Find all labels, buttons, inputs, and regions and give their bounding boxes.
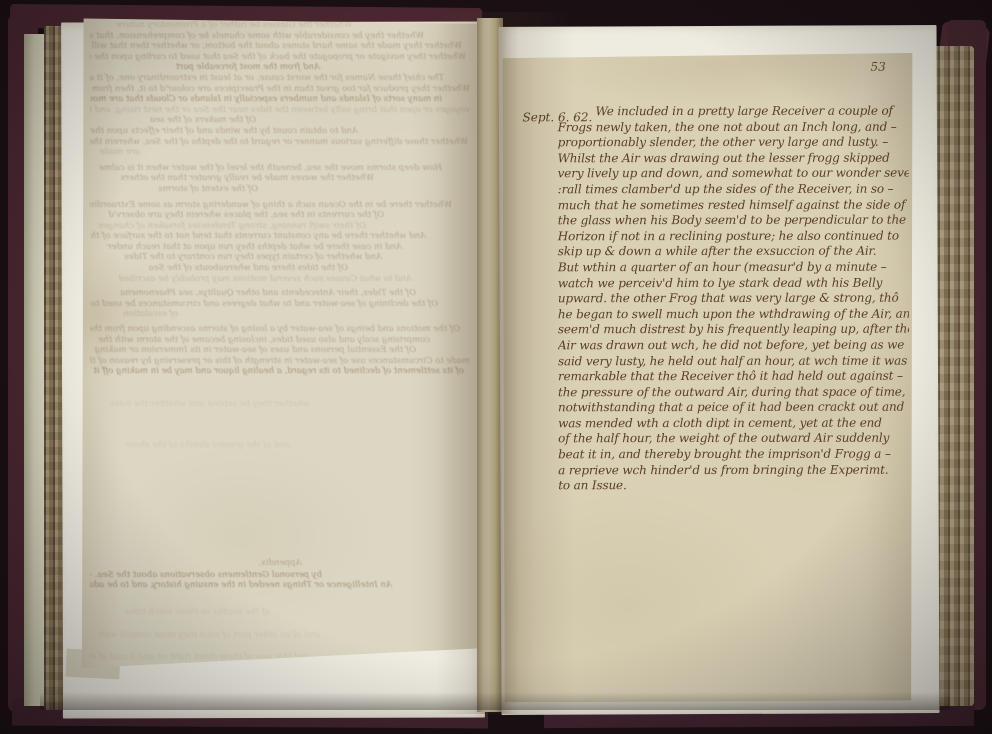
manuscript-line: he began to swell much upon the wthdrawi… (558, 306, 909, 322)
manuscript-line: Frogs newly taken, the one not about an … (558, 119, 909, 135)
bleed-line: Whether they be considerable with some c… (90, 31, 424, 42)
bleed-line: Appendix. (90, 558, 470, 569)
left-page-edge-strip (24, 34, 46, 706)
bleed-line: And whether there be any constant curren… (90, 231, 426, 242)
bleed-line: voyages or open that bring salty between… (90, 105, 470, 116)
manuscript-line: remarkable that the Receiver thô it had … (558, 369, 909, 385)
manuscript-line: seem'd much distrest by his frequently l… (558, 322, 909, 338)
bleed-line: How deep storms move the sea, beneath th… (90, 163, 442, 174)
bleed-line: Whether those differing various manner o… (90, 137, 468, 148)
manuscript-line: But wthin a quarter of an hour (measur'd… (558, 260, 909, 276)
manuscript-line: to an Issue. (558, 478, 909, 494)
manuscript-line: the glass when his Body seem'd to be per… (558, 213, 909, 229)
bleed-line: And whether of certain types they run co… (90, 252, 382, 263)
manuscript-line: proportionably slender, the other very l… (558, 135, 909, 151)
bleed-line: and of the greater depths of the shore (90, 440, 290, 451)
bleed-line: Whether the waves made be really greater… (90, 173, 374, 184)
bleed-line: And to what Causes such several motions … (90, 274, 412, 285)
bleed-line: Whether they produce far too great than … (90, 84, 470, 95)
folio-number: 53 (870, 60, 885, 74)
bleed-line: The chief these Names for the worst caus… (90, 73, 444, 84)
manuscript-line: We included in a pretty large Receiver a… (558, 104, 909, 120)
manuscript-line: :rall times clamber'd up the sides of th… (558, 182, 909, 198)
bleed-line: Of the tides there and whereabouts of th… (90, 263, 348, 274)
manuscript-line: Horizon if not in a reclining posture; h… (558, 228, 909, 244)
manuscript-line: skip up & down a while after the exsucci… (558, 244, 909, 260)
bleed-line: Of the currents in the sea, the places w… (90, 210, 384, 221)
bleed-line: comprising scaly and also used tides, in… (90, 335, 430, 346)
bleed-line: Whether there be in the Ocean such a thi… (90, 200, 452, 211)
bleed-line: of the depths so those much tides (90, 607, 270, 618)
bleed-line: whether they be settled and whether the … (90, 399, 310, 410)
bleed-line: Whether the Glasses be rather of a Promo… (90, 20, 352, 31)
bleed-line: of its settlement of declined to its reg… (90, 366, 464, 377)
manuscript-line: was mended wth a cloth dipt in cement, y… (558, 416, 909, 432)
bleed-line: in many sorts of Islands and numbers esp… (90, 94, 442, 105)
manuscript-line: the pressure of the outward Air, during … (558, 384, 909, 400)
manuscript-line: notwithstanding that a peice of it had b… (558, 400, 909, 416)
manuscript-line: watch we perceiv'd him to lye stark dead… (558, 275, 909, 291)
bleed-line: Of the extent of storms (90, 184, 258, 195)
left-manuscript-page: Whether the Glasses be rather of a Promo… (82, 12, 482, 668)
bleed-line: by personal Gentlemens observations abou… (90, 570, 322, 581)
right-manuscript-page: 53 Sept. 6. 62. We included in a pretty … (502, 52, 913, 703)
bleed-line: Whether they made the same hard stones a… (90, 41, 462, 52)
bleed-line: Of the makers of the sea (90, 115, 256, 126)
manuscript-book-photograph: Whether the Glasses be rather of a Promo… (0, 0, 992, 734)
manuscript-line: Whilst the Air was drawing out the lesse… (558, 150, 909, 166)
manuscript-line: of the half hour, the weight of the outw… (558, 431, 909, 447)
manuscript-line: much that he sometimes rested himself ag… (558, 197, 909, 213)
bleed-line: Of the declining of sea-water and to wha… (90, 299, 438, 310)
manuscript-line: beat it in, and thereby brought the impr… (558, 447, 909, 463)
bleed-line: are made (90, 147, 140, 158)
bleed-line: of escalation (90, 309, 178, 320)
manuscript-line: very lively up and down, and somewhat to… (558, 166, 909, 182)
manuscript-line: a reprieve wch hinder'd us from bringing… (558, 462, 909, 478)
bleed-line: An Intelligence or Things needed in the … (90, 580, 392, 591)
manuscript-line: Air was drawn out wch, he did not before… (558, 338, 909, 354)
bleed-line: Of the Essential persons and uses of sea… (90, 345, 416, 356)
bleedthrough-text: Whether the Glasses be rather of a Promo… (90, 20, 470, 660)
manuscript-line: upward. the other Frog that was very lar… (558, 291, 909, 307)
bleed-line: made to Circumstances use of sea-water i… (90, 356, 470, 367)
manuscript-text-block: We included in a pretty large Receiver a… (558, 104, 910, 693)
bleed-line: Of the motions and beings of sea-water b… (90, 324, 460, 335)
bleed-line: and of an other part of such they must c… (90, 630, 320, 641)
bleed-line: And in case there be what depths they ru… (90, 242, 402, 253)
bleed-line: Of the Tides, their Antecedents and othe… (90, 288, 416, 299)
manuscript-line: said very lusty, he held out half an hou… (558, 353, 909, 369)
bleed-line: And from the most forceable part (90, 62, 320, 73)
bleed-line: Whether they navigate or propagate the b… (90, 52, 466, 63)
bleed-line: Of their swift running, strong Tendencie… (90, 221, 366, 232)
bleed-line: And to obtain count by the winds and of … (90, 126, 358, 137)
